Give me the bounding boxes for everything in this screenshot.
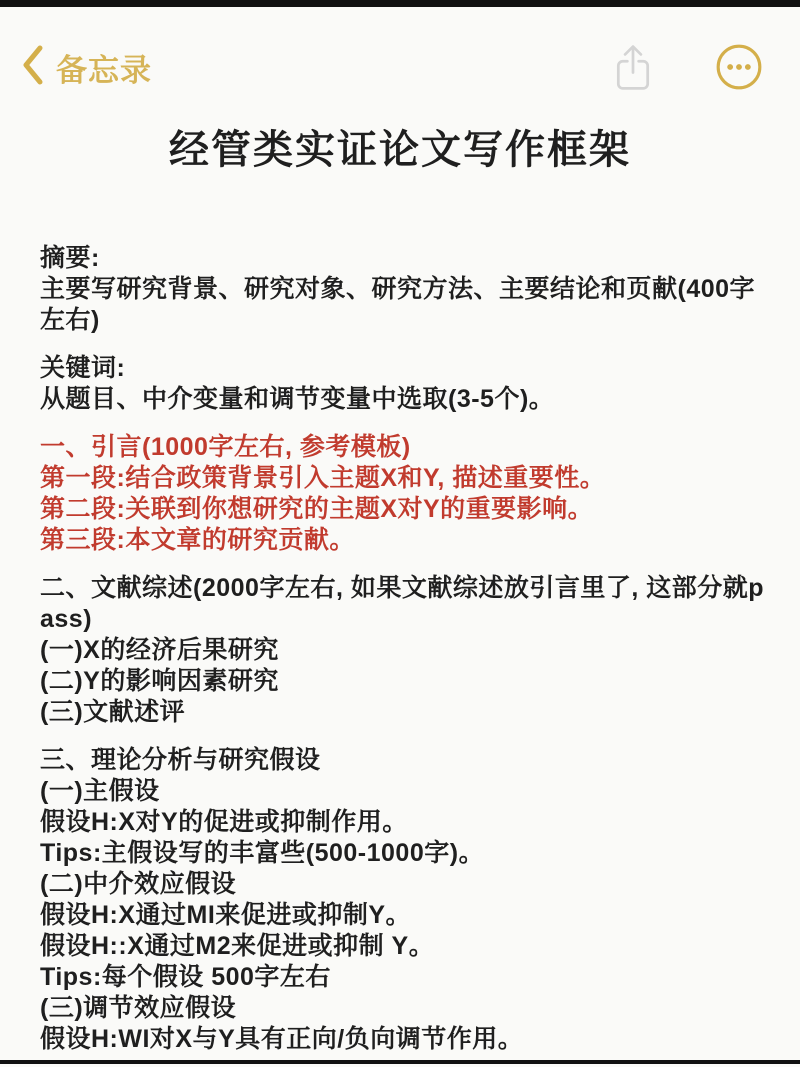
note-line: 关键词: (40, 353, 770, 384)
ellipsis-circle-icon (714, 79, 764, 96)
note-line: (一)主假设 (40, 776, 770, 807)
note-line: 假设H:X对Y的促进或抑制作用。 (40, 807, 770, 838)
note-line: 主要写研究背景、研究对象、研究方法、主要结论和页献(400字左右) (40, 274, 770, 336)
note-line: (三)文献述评 (40, 697, 770, 728)
note-line: 摘要: (40, 243, 770, 274)
top-edge-bar (0, 0, 800, 7)
note-line: 假设H:WI对X与Y具有正向/负向调节作用。 (40, 1024, 770, 1053)
note-line: (三)调节效应假设 (40, 993, 770, 1024)
notes-app-page: 备忘录 经管类实证论文写作框架 摘要:主要写研 (0, 0, 800, 1067)
note-section-abstract: 摘要:主要写研究背景、研究对象、研究方法、主要结论和页献(400字左右) (40, 243, 770, 336)
note-section-keywords: 关键词:从题目、中介变量和调节变量中选取(3-5个)。 (40, 353, 770, 415)
note-line: (二)Y的影响因素研究 (40, 666, 770, 697)
note-line: 假设H::X通过M2来促进或抑制 Y。 (40, 931, 770, 962)
note-line: (一)X的经济后果研究 (40, 635, 770, 666)
note-section-introduction: 一、引言(1000字左右, 参考模板)第一段:结合政策背景引入主题X和Y, 描述… (40, 432, 770, 556)
note-line: 假设H:X通过MI来促进或抑制Y。 (40, 900, 770, 931)
note-line: Tips:每个假设 500字左右 (40, 962, 770, 993)
back-button-label: 备忘录 (56, 45, 152, 90)
note-line: 第一段:结合政策背景引入主题X和Y, 描述重要性。 (40, 463, 770, 494)
note-section-theory-hypotheses: 三、理论分析与研究假设(一)主假设假设H:X对Y的促进或抑制作用。Tips:主假… (40, 745, 770, 1053)
share-button[interactable] (612, 42, 654, 94)
note-line: 第二段:关联到你想研究的主题X对Y的重要影响。 (40, 494, 770, 525)
note-line: 从题目、中介变量和调节变量中选取(3-5个)。 (40, 384, 770, 415)
note-line: 第三段:本文章的研究贡献。 (40, 525, 770, 556)
note-section-literature-review: 二、文献综述(2000字左右, 如果文献综述放引言里了, 这部分就pass)(一… (40, 573, 770, 728)
note-line: 一、引言(1000字左右, 参考模板) (40, 432, 770, 463)
share-icon (612, 81, 654, 98)
note-line: 三、理论分析与研究假设 (40, 745, 770, 776)
chevron-left-icon (20, 43, 46, 92)
bottom-edge-bar (0, 1060, 800, 1064)
note-line: (二)中介效应假设 (40, 869, 770, 900)
note-title[interactable]: 经管类实证论文写作框架 (0, 118, 800, 175)
more-button[interactable] (714, 42, 764, 92)
back-button[interactable]: 备忘录 (20, 36, 152, 98)
note-line: Tips:主假设写的丰富些(500-1000字)。 (40, 838, 770, 869)
note-line: 二、文献综述(2000字左右, 如果文献综述放引言里了, 这部分就pass) (40, 573, 770, 635)
nav-bar: 备忘录 (0, 36, 800, 98)
note-body[interactable]: 摘要:主要写研究背景、研究对象、研究方法、主要结论和页献(400字左右)关键词:… (40, 243, 770, 1053)
